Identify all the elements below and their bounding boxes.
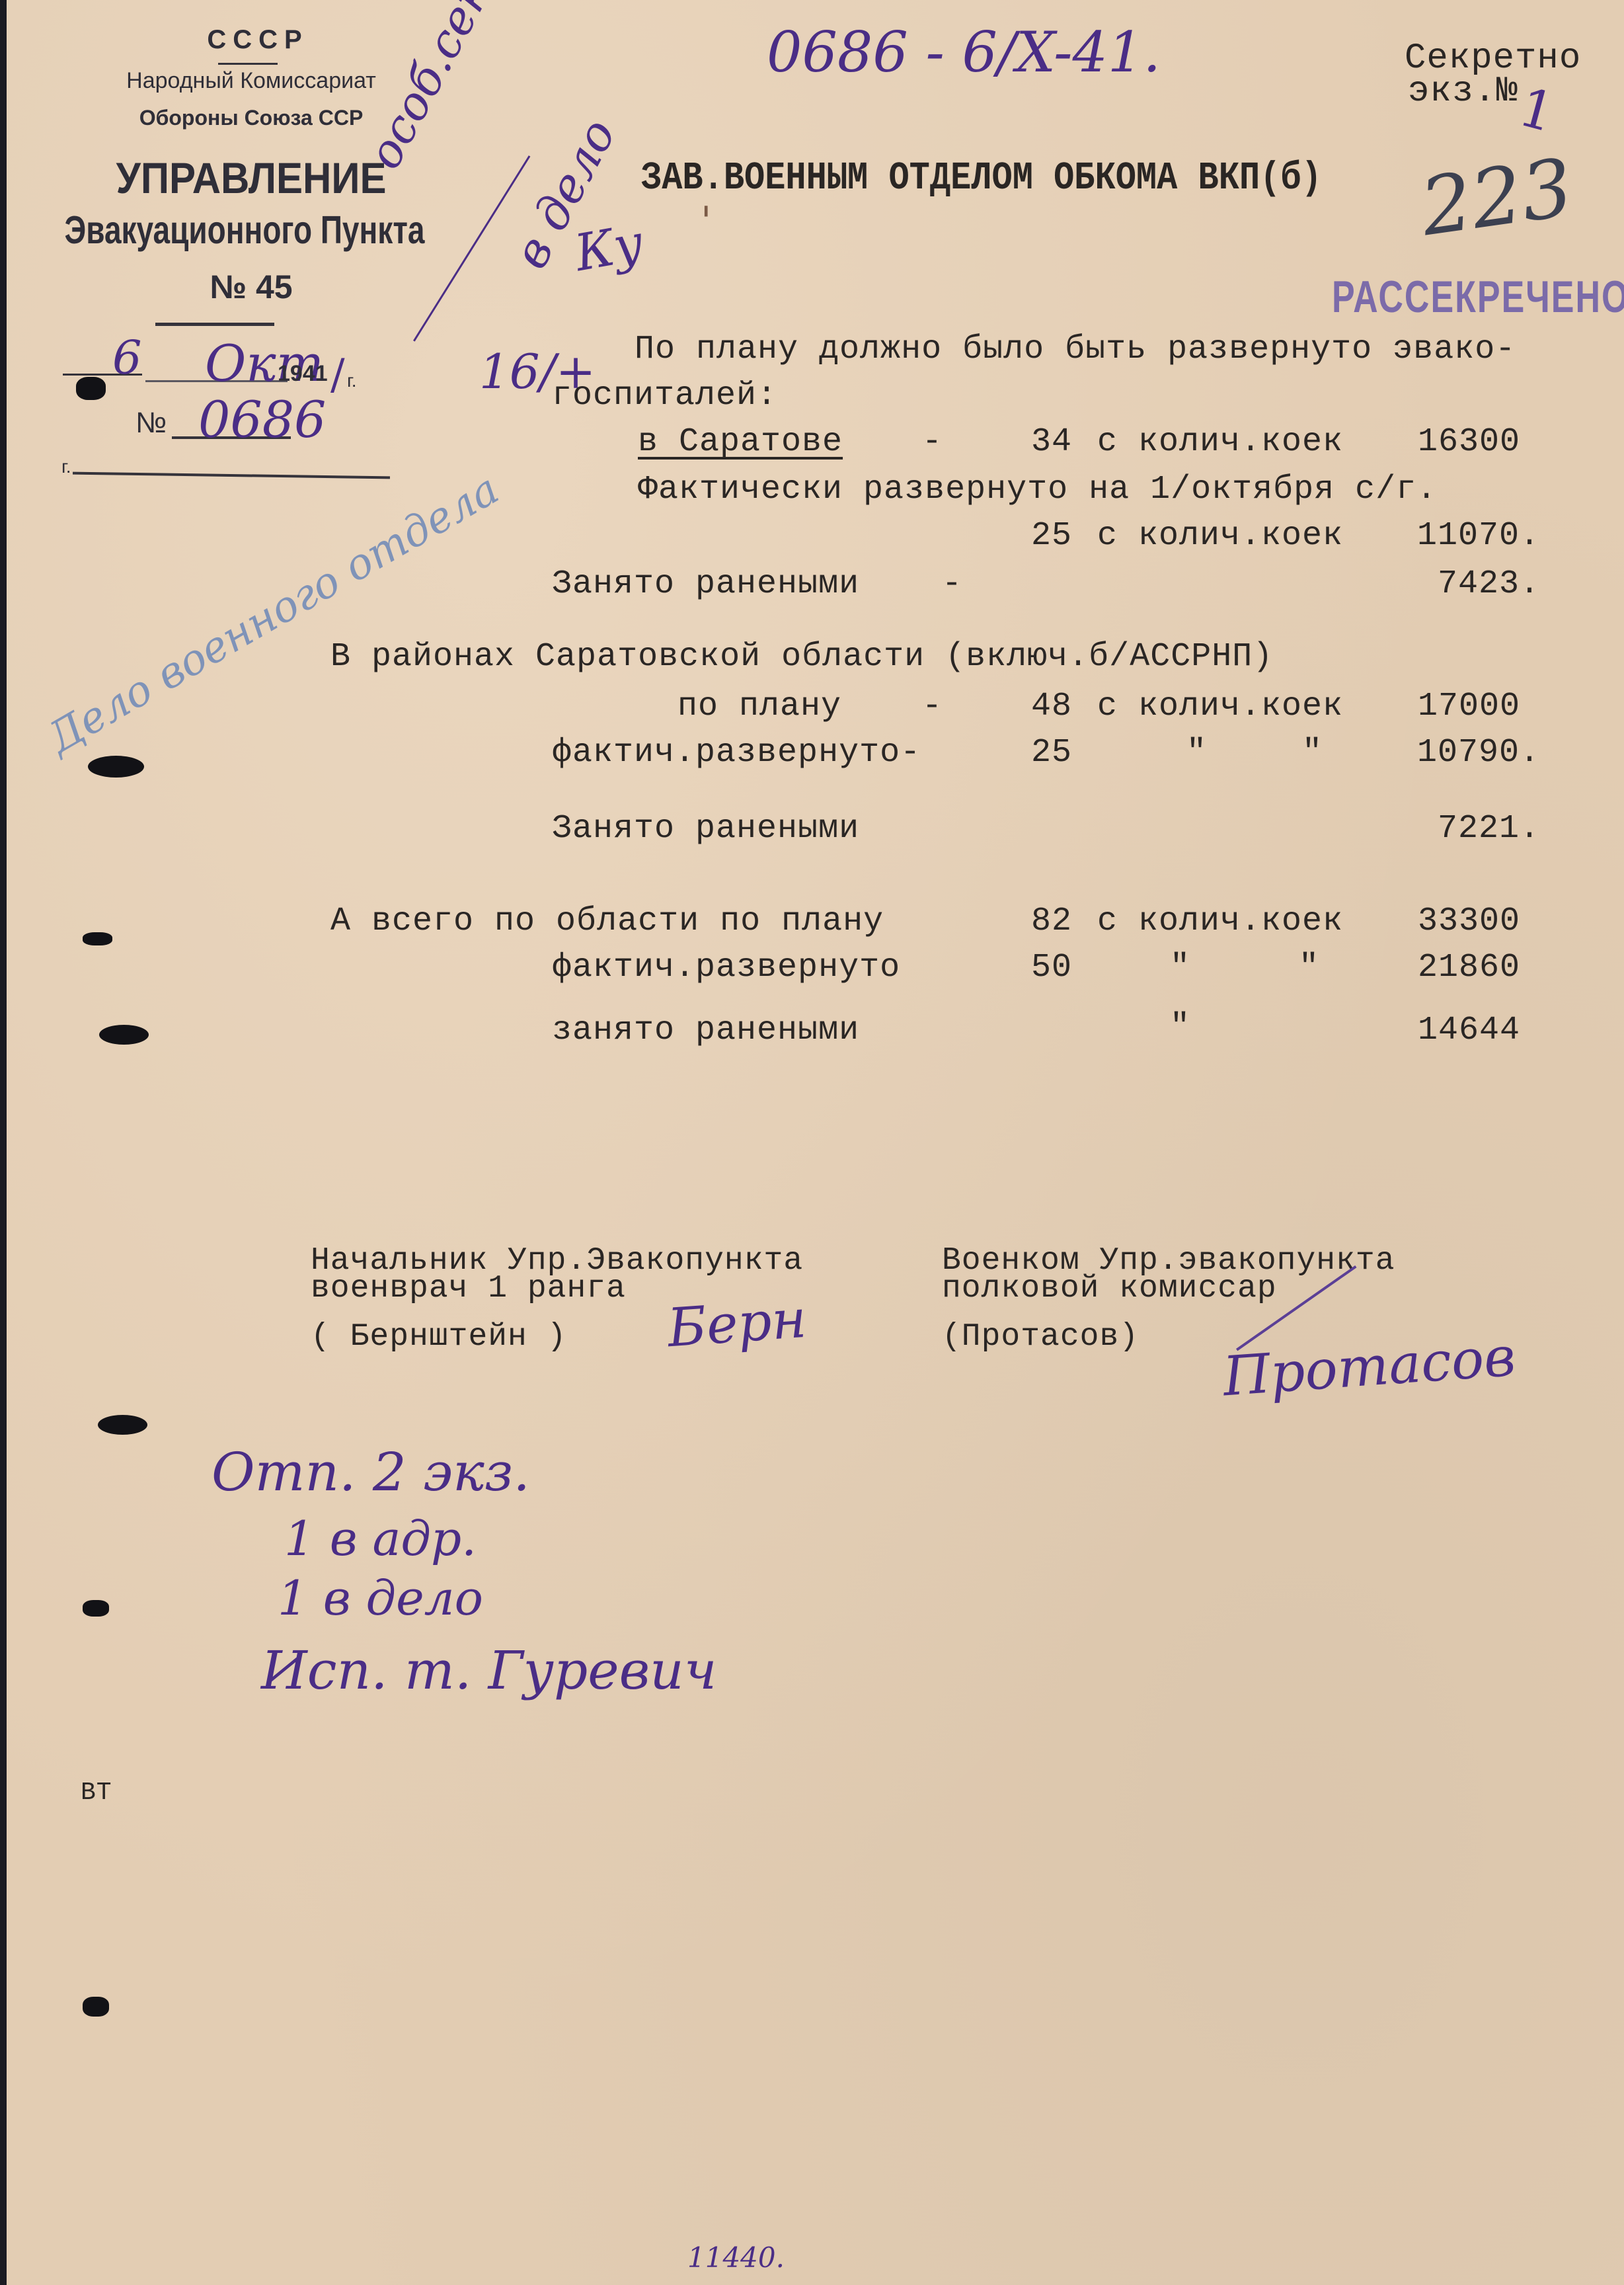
intro-line1: По плану должно было быть развернуто эва… xyxy=(635,331,1516,368)
registration-note: 0686 - 6/X-41. xyxy=(767,20,1161,85)
intro-line2: госпиталей: xyxy=(552,377,777,415)
districts-actual-label: фактич.развернуто- xyxy=(552,734,921,772)
stamp-divider xyxy=(218,63,278,65)
districts-ditto: " xyxy=(1186,734,1207,772)
saratov-actual-beds: 11070. xyxy=(1388,517,1540,555)
binding-hole xyxy=(83,1600,109,1617)
dispatch-line2: 1 в адр. xyxy=(284,1511,477,1566)
districts-plan-dash: - xyxy=(922,688,943,725)
typist-initials: ВТ xyxy=(81,1779,112,1807)
saratov-actual-label: Фактически развернуто на 1/октября с/г. xyxy=(638,471,1437,508)
binding-hole xyxy=(99,1025,149,1045)
binding-hole xyxy=(76,377,106,400)
copy-label: экз.№ xyxy=(1408,71,1518,112)
stamp-department: УПРАВЛЕНИЕ xyxy=(99,153,403,204)
districts-plan-label: по плану xyxy=(677,688,841,725)
date-year-mark: / xyxy=(330,350,345,399)
dispatch-line3: 1 в дело xyxy=(278,1570,483,1626)
footer-number: 11440. xyxy=(687,2241,785,2274)
stamp-country: СССР xyxy=(165,25,350,55)
dispatch-line1: Отп. 2 экз. xyxy=(212,1441,530,1503)
total-actual-beds: 21860 xyxy=(1381,949,1520,986)
districts-actual-beds: 10790. xyxy=(1388,734,1540,772)
districts-plan-beds: 17000 xyxy=(1388,688,1520,725)
stamp-unit-number: № 45 xyxy=(165,268,337,306)
binding-hole xyxy=(88,756,144,778)
binding-hole xyxy=(98,1415,147,1435)
saratov-occupied: 7423. xyxy=(1388,565,1540,603)
saratov-occupied-dash: - xyxy=(942,565,962,603)
date-suffix: г. xyxy=(347,370,357,391)
districts-ditto: " xyxy=(1302,734,1323,772)
total-ditto: " xyxy=(1170,1008,1190,1046)
city-label: г. xyxy=(61,456,71,477)
saratov-actual-count: 25 xyxy=(1031,517,1072,555)
left-signer-title-line2: военврач 1 ранга xyxy=(311,1271,626,1306)
date-year: 1941 xyxy=(278,361,328,387)
left-signer-name: ( Бернштейн ) xyxy=(311,1319,566,1355)
right-signer-title-line2: полковой комиссар xyxy=(942,1271,1277,1306)
left-signature: Берн xyxy=(666,1288,808,1359)
districts-actual-count: 25 xyxy=(1031,734,1072,772)
total-plan-count: 82 xyxy=(1031,902,1072,940)
total-actual-label: фактич.развернуто xyxy=(552,949,900,986)
saratov-actual-beds-label: с колич.коек xyxy=(1097,517,1343,555)
saratov-dash: - xyxy=(922,423,943,461)
districts-beds-label: с колич.коек xyxy=(1097,688,1343,725)
total-label: А всего по области по плану xyxy=(330,902,884,940)
total-plan-beds: 33300 xyxy=(1381,902,1520,940)
addressee-tick: ' xyxy=(701,198,712,245)
districts-plan-count: 48 xyxy=(1031,688,1072,725)
districts-occupied: 7221. xyxy=(1388,810,1540,848)
scan-edge xyxy=(0,0,7,2285)
binding-hole xyxy=(83,1997,109,2017)
saratov-plan-beds: 16300 xyxy=(1388,423,1520,461)
binding-hole xyxy=(83,932,112,945)
dispatch-line4: Исп. т. Гуревич xyxy=(261,1640,716,1701)
addressee: ЗАВ.ВОЕННЫМ ОТДЕЛОМ ОБКОМА ВКП(б) xyxy=(641,156,1322,201)
stamp-commissariat-line1: Народный Комиссариат xyxy=(73,68,430,94)
districts-occupied-label: Занято ранеными xyxy=(552,810,859,848)
stamp-unit: Эвакуационного Пункта xyxy=(59,206,430,253)
saratov-plan-count: 34 xyxy=(1031,423,1072,461)
saratov-occupied-label: Занято ранеными xyxy=(552,565,859,603)
total-occupied-label: занято ранеными xyxy=(552,1012,859,1049)
resolution-initials: Ку xyxy=(570,213,648,283)
total-beds-label: с колич.коек xyxy=(1097,902,1343,940)
total-occupied: 14644 xyxy=(1381,1012,1520,1049)
total-actual-count: 50 xyxy=(1031,949,1072,986)
saratov-beds-label: с колич.коек xyxy=(1097,423,1343,461)
stamp-divider xyxy=(155,323,274,326)
districts-label: В районах Саратовской области (включ.б/А… xyxy=(330,638,1273,676)
total-ditto: " xyxy=(1170,949,1190,986)
declassified-stamp: РАССЕКРЕЧЕНО xyxy=(1332,272,1624,323)
total-ditto: " xyxy=(1299,949,1319,986)
date-day: 6 xyxy=(112,331,142,385)
right-signer-name: (Протасов) xyxy=(942,1319,1139,1355)
outgoing-number: 0686 xyxy=(198,390,326,449)
stamp-commissariat-line2: Обороны Союза ССР xyxy=(99,106,403,130)
outgoing-no-label: № xyxy=(135,407,167,440)
saratov-label: в Саратове xyxy=(638,423,843,461)
